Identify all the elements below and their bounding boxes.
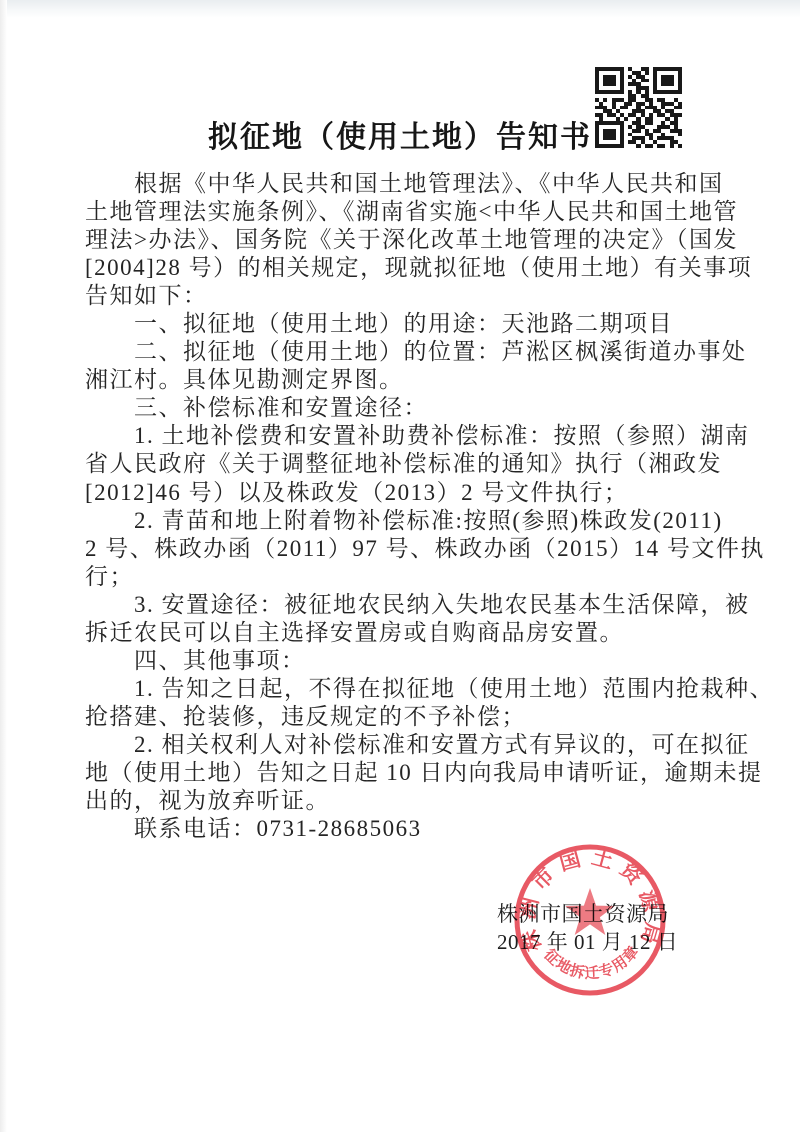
body-line: 湘江村。具体见勘测定界图。 [85, 366, 747, 394]
body-line: 2. 青苗和地上附着物补偿标准:按照(参照)株政发(2011) [85, 507, 747, 535]
body-line: 1. 土地补偿费和安置补助费补偿标准：按照（参照）湖南 [85, 422, 747, 450]
scan-artifact-top-edge [0, 0, 800, 18]
body-line: 二、拟征地（使用土地）的位置：芦淞区枫溪街道办事处 [85, 338, 747, 366]
body-line: 省人民政府《关于调整征地补偿标准的通知》执行（湘政发 [85, 450, 747, 478]
body-line: 地（使用土地）告知之日起 10 日内向我局申请听证，逾期未提 [85, 759, 747, 787]
body-line: 出的，视为放弃听证。 [85, 787, 747, 815]
body-line: 根据《中华人民共和国土地管理法》、《中华人民共和国 [85, 170, 747, 198]
body-line: 1. 告知之日起，不得在拟征地（使用土地）范围内抢栽种、 [85, 675, 747, 703]
body-line: [2012]46 号）以及株政发（2013）2 号文件执行； [85, 479, 747, 507]
body-line: 抢搭建、抢装修，违反规定的不予补偿； [85, 703, 747, 731]
body-line: [2004]28 号）的相关规定，现就拟征地（使用土地）有关事项 [85, 254, 747, 282]
body-line: 联系电话：0731-28685063 [85, 815, 747, 843]
body-line: 土地管理法实施条例》、《湖南省实施<中华人民共和国土地管 [85, 198, 747, 226]
body-line: 理法>办法》、国务院《关于深化改革土地管理的决定》（国发 [85, 226, 747, 254]
body-line: 2 号、株政办函（2011）97 号、株政办函（2015）14 号文件执 [85, 535, 747, 563]
body-line: 三、补偿标准和安置途径： [85, 394, 747, 422]
body-line: 2. 相关权利人对补偿标准和安置方式有异议的，可在拟征 [85, 731, 747, 759]
scanned-document-page: 拟征地（使用土地）告知书 根据《中华人民共和国土地管理法》、《中华人民共和国 土… [0, 0, 800, 1132]
official-seal: 株洲市国土资源局 征地拆迁专用章 [510, 840, 670, 1000]
body-line: 一、拟征地（使用土地）的用途：天池路二期项目 [85, 310, 747, 338]
document-body: 根据《中华人民共和国土地管理法》、《中华人民共和国 土地管理法实施条例》、《湖南… [85, 170, 747, 843]
body-line: 拆迁农民可以自主选择安置房或自购商品房安置。 [85, 619, 747, 647]
scan-artifact-left-edge [0, 0, 7, 1132]
body-line: 告知如下： [85, 282, 747, 310]
body-line: 行； [85, 563, 747, 591]
seal-banner-label: 征地拆迁专用章 [540, 942, 643, 982]
star-icon [565, 888, 614, 935]
qr-module [678, 144, 682, 148]
body-line: 3. 安置途径：被征地农民纳入失地农民基本生活保障，被 [85, 591, 747, 619]
qr-code [595, 67, 682, 148]
body-line: 四、其他事项： [85, 647, 747, 675]
